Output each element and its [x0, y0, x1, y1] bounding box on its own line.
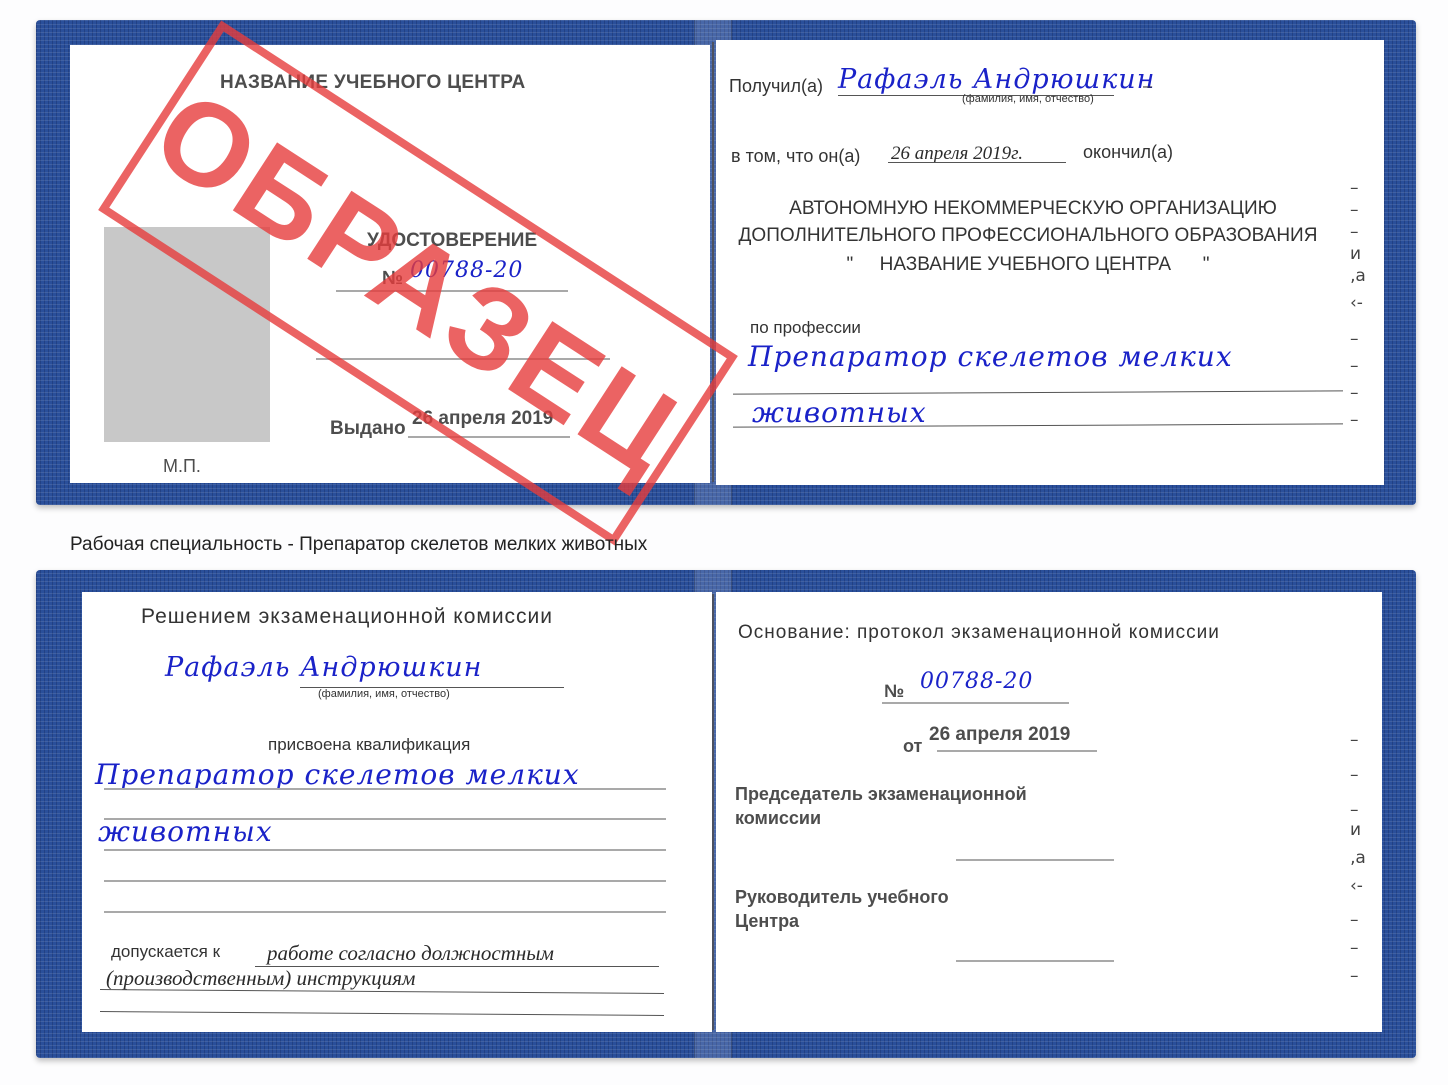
chairman-label-2: комиссии [735, 808, 821, 829]
org-line-3: " НАЗВАНИЕ УЧЕБНОГО ЦЕНТРА " [728, 254, 1328, 276]
margin-glyph: и [1350, 822, 1366, 850]
name-hint: (фамилия, имя, отчество) [318, 688, 450, 700]
caption: Рабочая специальность - Препаратор скеле… [70, 534, 647, 556]
margin-glyph: ‚а [1350, 268, 1366, 295]
photo-placeholder [104, 227, 270, 442]
completed-label: окончил(а) [1083, 142, 1173, 163]
bottom-right-margin-glyphs: – – – и ‚а ‹- – – – [1350, 732, 1366, 996]
chairman-label-1: Председатель экзаменационной [735, 784, 1027, 805]
seal-label: М.П. [163, 456, 201, 477]
qualification-underline-5 [104, 911, 666, 913]
chairman-signature-line[interactable] [956, 859, 1114, 861]
blank-line [316, 358, 610, 360]
issued-label: Выдано [330, 418, 406, 440]
from-label: от [903, 736, 922, 757]
basis-label: Основание: протокол экзаменационной коми… [738, 622, 1220, 644]
admitted-line-2: (производственным) инструкциям [106, 966, 415, 991]
margin-glyph: – [1350, 732, 1366, 767]
head-label-2: Центра [735, 911, 799, 932]
qualification-underline-3 [104, 849, 666, 851]
profession-line-2: животных [752, 396, 927, 429]
decision-label: Решением экзаменационной комиссии [141, 605, 553, 629]
issued-date-line [408, 436, 570, 438]
admitted-line-1: работе согласно должностным [267, 941, 554, 966]
margin-glyph: – [1350, 912, 1366, 940]
org-line-1: АВТОНОМНУЮ НЕКОММЕРЧЕСКУЮ ОРГАНИЗАЦИЮ [733, 198, 1333, 220]
qualification-underline-1 [104, 788, 666, 790]
protocol-number-line [882, 702, 1069, 704]
margin-glyph: ‚а [1350, 850, 1366, 878]
recipient-dash: – [1143, 78, 1152, 96]
certificate-number-line [336, 290, 568, 292]
issued-date: 26 апреля 2019 [412, 408, 553, 430]
qualification-underline-4 [104, 880, 666, 882]
certificate-number: 00788-20 [410, 258, 523, 283]
profession-line-1: Препаратор скелетов мелких [748, 340, 1233, 373]
margin-glyph: – [1350, 202, 1366, 224]
training-center-name: НАЗВАНИЕ УЧЕБНОГО ЦЕНТРА [220, 72, 526, 94]
certificate-number-label: № [382, 268, 403, 290]
margin-glyph: – [1350, 940, 1366, 968]
protocol-date-line [937, 750, 1097, 752]
protocol-date: 26 апреля 2019 [929, 724, 1070, 746]
that-label: в том, что он(а) [731, 146, 860, 167]
qualification-line-1: Препаратор скелетов мелких [95, 758, 580, 791]
protocol-number-label: № [884, 681, 904, 702]
qualification-underline-2 [104, 818, 666, 820]
qualification-label: присвоена квалификация [268, 735, 470, 755]
margin-glyph: – [1350, 358, 1366, 385]
completion-date-line [888, 162, 1066, 163]
profession-label: по профессии [750, 318, 861, 338]
bottom-page-fold [712, 594, 714, 1030]
certificate-title: УДОСТОВЕРЕНИЕ [367, 230, 537, 252]
margin-glyph: – [1350, 385, 1366, 412]
margin-glyph: – [1350, 968, 1366, 996]
org-line-2: ДОПОЛНИТЕЛЬНОГО ПРОФЕССИОНАЛЬНОГО ОБРАЗО… [728, 225, 1328, 247]
person-name: Рафаэль Андрюшкин [165, 652, 482, 683]
margin-glyph: – [1350, 180, 1366, 202]
admitted-label: допускается к [111, 942, 220, 962]
margin-glyph: и [1350, 246, 1366, 268]
margin-glyph: – [1350, 767, 1366, 802]
head-label-1: Руководитель учебного [735, 887, 949, 908]
recipient-name: Рафаэль Андрюшкин [838, 64, 1155, 95]
margin-glyph: ‹- [1350, 878, 1366, 912]
protocol-number: 00788-20 [920, 669, 1033, 694]
name-hint: (фамилия, имя, отчество) [962, 93, 1094, 105]
received-label: Получил(а) [729, 76, 823, 97]
margin-glyph: – [1350, 412, 1366, 434]
margin-glyph: – [1350, 331, 1366, 358]
margin-glyph: ‹- [1350, 295, 1366, 331]
margin-glyph: – [1350, 224, 1366, 246]
head-signature-line[interactable] [956, 960, 1114, 962]
margin-glyph: – [1350, 802, 1366, 822]
top-right-margin-glyphs: – – – и ‚а ‹- – – – – [1350, 180, 1366, 434]
top-page-fold [712, 42, 714, 482]
